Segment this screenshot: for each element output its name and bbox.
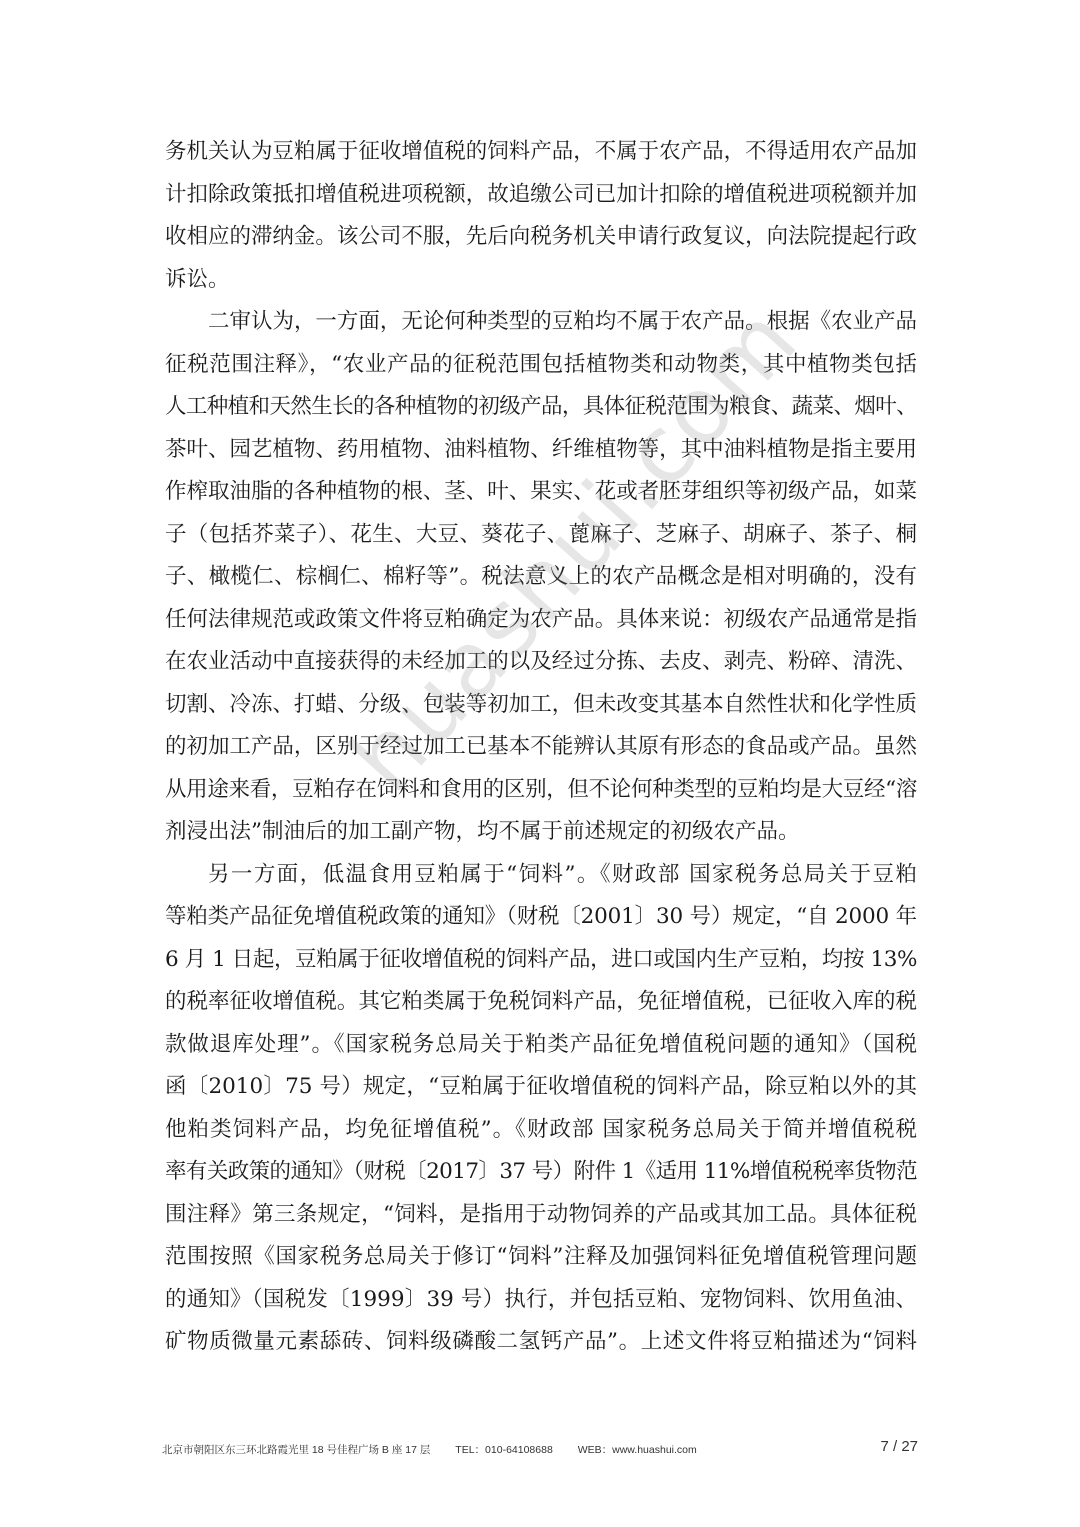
page-footer: 北京市朝阳区东三环北路霞光里 18 号佳程广场 B 座 17 层 TEL：010… — [162, 1438, 918, 1460]
text-line: 在农业活动中直接获得的未经加工的以及经过分拣、去皮、剥壳、粉碎、清洗、 — [165, 641, 917, 684]
text-line: 人工种植和天然生长的各种植物的初级产品，具体征税范围为粮食、蔬菜、烟叶、 — [165, 386, 917, 429]
footer-tel: TEL：010-64108688 — [455, 1444, 553, 1456]
text-line: 计扣除政策抵扣增值税进项税额，故追缴公司已加计扣除的增值税进项税额并加 — [165, 174, 917, 217]
text-line: 的初加工产品，区别于经过加工已基本不能辨认其原有形态的食品或产品。虽然 — [165, 726, 917, 769]
text-line: 函〔2010〕75 号）规定，“豆粕属于征收增值税的饲料产品，除豆粕以外的其 — [165, 1066, 917, 1109]
text-line: 收相应的滞纳金。该公司不服，先后向税务机关申请行政复议，向法院提起行政 — [165, 216, 917, 259]
text-line: 茶叶、园艺植物、药用植物、油料植物、纤维植物等，其中油料植物是指主要用 — [165, 429, 917, 472]
text-line: 范围按照《国家税务总局关于修订“饲料”注释及加强饲料征免增值税管理问题 — [165, 1236, 917, 1279]
document-page: 务机关认为豆粕属于征收增值税的饲料产品，不属于农产品，不得适用农产品加计扣除政策… — [0, 0, 1080, 1527]
text-line: 子、橄榄仁、棕榈仁、棉籽等”。税法意义上的农产品概念是相对明确的，没有 — [165, 556, 917, 599]
text-line: 他粕类饲料产品，均免征增值税”。《财政部 国家税务总局关于简并增值税税 — [165, 1109, 917, 1152]
text-line: 另一方面，低温食用豆粕属于“饲料”。《财政部 国家税务总局关于豆粕 — [165, 854, 917, 897]
text-line: 率有关政策的通知》（财税〔2017〕37 号）附件 1《适用 11%增值税税率货… — [165, 1151, 917, 1194]
text-line: 从用途来看，豆粕存在饲料和食用的区别，但不论何种类型的豆粕均是大豆经“溶 — [165, 769, 917, 812]
text-line: 的通知》（国税发〔1999〕39 号）执行，并包括豆粕、宠物饲料、饮用鱼油、 — [165, 1279, 917, 1322]
text-line: 征税范围注释》，“农业产品的征税范围包括植物类和动物类，其中植物类包括 — [165, 344, 917, 387]
text-line: 款做退库处理”。《国家税务总局关于粕类产品征免增值税问题的通知》（国税 — [165, 1024, 917, 1067]
text-line: 等粕类产品征免增值税政策的通知》（财税〔2001〕30 号）规定，“自 2000… — [165, 896, 917, 939]
footer-web-link[interactable]: WEB：www.huashui.com — [578, 1444, 697, 1456]
text-line: 剂浸出法”制油后的加工副产物，均不属于前述规定的初级农产品。 — [165, 811, 917, 854]
text-line: 任何法律规范或政策文件将豆粕确定为农产品。具体来说：初级农产品通常是指 — [165, 599, 917, 642]
text-line: 作榨取油脂的各种植物的根、茎、叶、果实、花或者胚芽组织等初级产品，如菜 — [165, 471, 917, 514]
text-line: 子（包括芥菜子）、花生、大豆、葵花子、蓖麻子、芝麻子、胡麻子、茶子、桐 — [165, 514, 917, 557]
text-line: 诉讼。 — [165, 259, 917, 302]
text-line: 二审认为，一方面，无论何种类型的豆粕均不属于农产品。根据《农业产品 — [165, 301, 917, 344]
footer-address: 北京市朝阳区东三环北路霞光里 18 号佳程广场 B 座 17 层 — [162, 1444, 430, 1456]
text-line: 围注释》第三条规定，“饲料，是指用于动物饲养的产品或其加工品。具体征税 — [165, 1194, 917, 1237]
text-line: 务机关认为豆粕属于征收增值税的饲料产品，不属于农产品，不得适用农产品加 — [165, 131, 917, 174]
text-line: 6 月 1 日起，豆粕属于征收增值税的饲料产品，进口或国内生产豆粕，均按 13% — [165, 939, 917, 982]
footer-contact-info: 北京市朝阳区东三环北路霞光里 18 号佳程广场 B 座 17 层 TEL：010… — [162, 1442, 719, 1457]
text-line: 切割、冷冻、打蜡、分级、包装等初加工，但未改变其基本自然性状和化学性质 — [165, 684, 917, 727]
text-line: 的税率征收增值税。其它粕类属于免税饲料产品，免征增值税，已征收入库的税 — [165, 981, 917, 1024]
document-body: 务机关认为豆粕属于征收增值税的饲料产品，不属于农产品，不得适用农产品加计扣除政策… — [165, 131, 917, 1364]
page-number: 7 / 27 — [880, 1438, 918, 1455]
text-line: 矿物质微量元素舔砖、饲料级磷酸二氢钙产品”。上述文件将豆粕描述为“饲料 — [165, 1321, 917, 1364]
